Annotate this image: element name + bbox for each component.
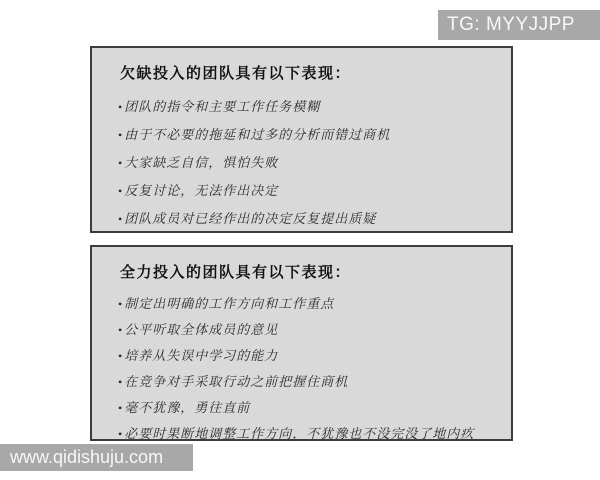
bullet-item: 毫不犹豫，勇往直前 xyxy=(118,401,511,415)
page: { "watermarks": { "top_right": "TG: MYYJ… xyxy=(0,0,600,480)
bullet-item: 公平听取全体成员的意见 xyxy=(118,323,511,337)
bullet-item: 大家缺乏自信，惧怕失败 xyxy=(118,156,511,170)
bullet-list: 团队的指令和主要工作任务模糊 由于不必要的拖延和过多的分析而错过商机 大家缺乏自… xyxy=(118,100,511,226)
bullet-item: 制定出明确的工作方向和工作重点 xyxy=(118,297,511,311)
watermark-telegram: TG: MYYJJPP xyxy=(438,10,600,40)
section-title: 欠缺投入的团队具有以下表现： xyxy=(120,62,511,83)
bullet-item: 必要时果断地调整工作方向，不犹豫也不没完没了地内疚 xyxy=(118,427,511,441)
watermark-website: www.qidishuju.com xyxy=(0,444,193,471)
bullet-list: 制定出明确的工作方向和工作重点 公平听取全体成员的意见 培养从失误中学习的能力 … xyxy=(118,297,511,441)
bullet-item: 在竞争对手采取行动之前把握住商机 xyxy=(118,375,511,389)
bullet-item: 反复讨论，无法作出决定 xyxy=(118,184,511,198)
bullet-item: 培养从失误中学习的能力 xyxy=(118,349,511,363)
bullet-item: 团队的指令和主要工作任务模糊 xyxy=(118,100,511,114)
bullet-item: 团队成员对已经作出的决定反复提出质疑 xyxy=(118,212,511,226)
section-box-lacking-commitment: 欠缺投入的团队具有以下表现： 团队的指令和主要工作任务模糊 由于不必要的拖延和过… xyxy=(90,46,513,233)
bullet-item: 由于不必要的拖延和过多的分析而错过商机 xyxy=(118,128,511,142)
section-box-full-commitment: 全力投入的团队具有以下表现： 制定出明确的工作方向和工作重点 公平听取全体成员的… xyxy=(90,245,513,441)
section-title: 全力投入的团队具有以下表现： xyxy=(120,261,511,282)
